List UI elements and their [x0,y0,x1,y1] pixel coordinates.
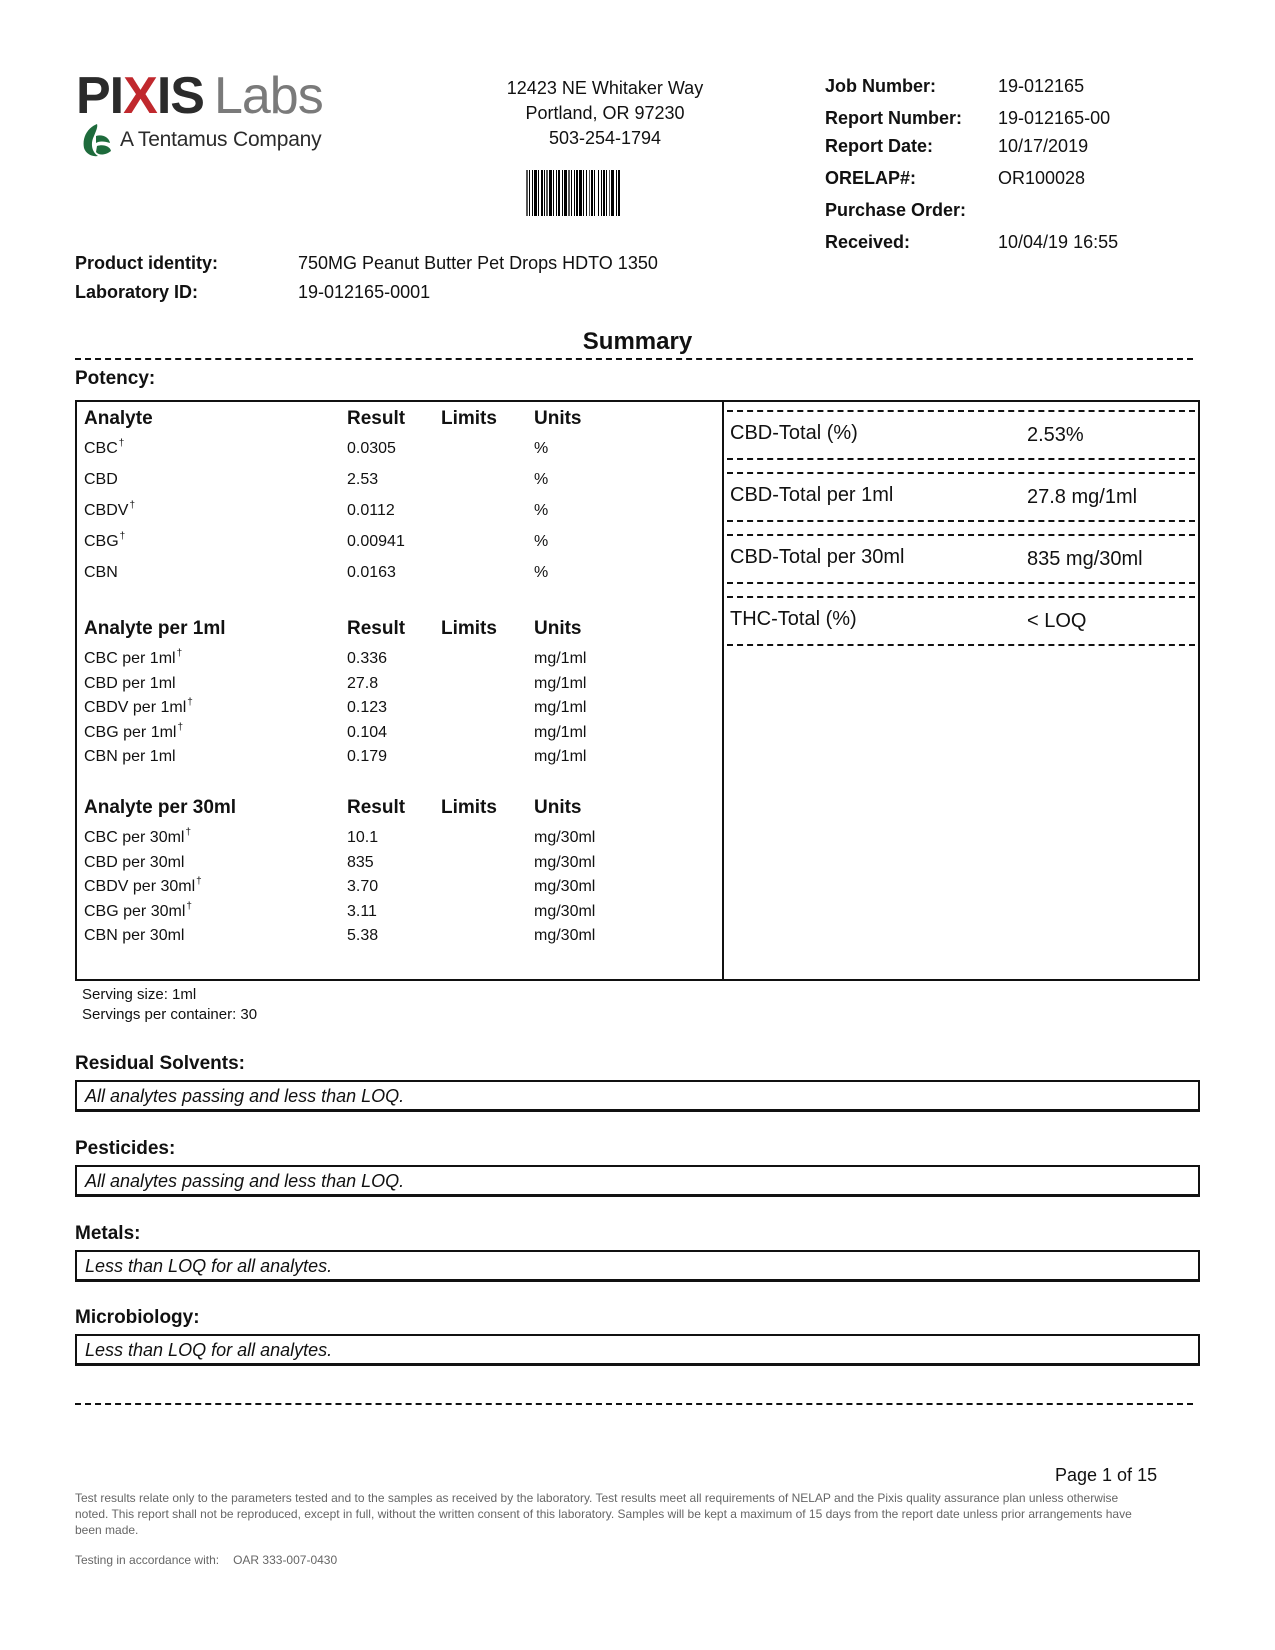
laboratory-id-label: Laboratory ID: [75,282,198,303]
potency-analyte-text: CBC [84,440,118,457]
job-info-label: Purchase Order: [825,200,966,221]
potency-cell-analyte: CBC per 1ml† [84,650,182,668]
potency-analyte-text: CBN per 30ml [84,927,184,944]
address-phone: 503-254-1794 [480,126,730,151]
residual-solvents-result-text: All analytes passing and less than LOQ. [85,1086,404,1107]
potency-units-text: mg/30ml [534,854,595,871]
dagger-mark: † [185,827,191,838]
potency-column-divider [722,400,724,981]
potency-cell-result: 0.0305 [347,440,396,458]
potency-cell-analyte: CBN per 30ml [84,927,184,945]
potency-cell-units: % [534,440,548,458]
job-info-value: 10/17/2019 [998,136,1088,157]
potency-cell-analyte: CBDV per 1ml† [84,699,193,717]
laboratory-id-value: 19-012165-0001 [298,282,430,303]
logo-tagline: A Tentamus Company [80,122,321,158]
summary-divider [75,358,1193,360]
potency-cell-analyte: CBN per 1ml [84,748,176,766]
tentamus-leaf-icon [80,122,114,158]
residual-solvents-title: Residual Solvents: [75,1053,245,1075]
potency-total-row: THC-Total (%)< LOQ [727,596,1195,646]
potency-result-text: 5.38 [347,927,378,944]
potency-cell-units: mg/1ml [534,675,586,693]
job-info-label: Received: [825,232,910,253]
potency-column-header: Units [534,797,582,819]
potency-result-text: 0.0163 [347,564,396,581]
potency-cell-units: % [534,502,548,520]
potency-cell-units: mg/30ml [534,903,595,921]
job-info-value: OR100028 [998,168,1085,189]
potency-total-row: CBD-Total per 30ml835 mg/30ml [727,534,1195,584]
page-number: Page 1 of 15 [1055,1465,1157,1486]
potency-cell-analyte: CBN [84,564,118,582]
potency-result-text: 0.104 [347,724,387,741]
potency-analyte-text: CBC per 30ml [84,829,184,846]
potency-total-row: CBD-Total per 1ml27.8 mg/1ml [727,472,1195,522]
disclaimer-text: Test results relate only to the paramete… [75,1490,1135,1538]
potency-units-text: mg/1ml [534,748,586,765]
potency-cell-units: mg/30ml [534,829,595,847]
accordance-label: Testing in accordance with: [75,1553,219,1567]
job-info-value: 19-012165-00 [998,108,1110,129]
potency-cell-result: 27.8 [347,675,378,693]
potency-cell-analyte: CBG per 1ml† [84,724,183,742]
total-value: < LOQ [1027,610,1086,633]
bottom-divider [75,1403,1193,1405]
accordance-value: OAR 333-007-0430 [233,1553,337,1567]
potency-result-text: 0.123 [347,699,387,716]
potency-analyte-text: CBG per 1ml [84,724,176,741]
dashed-divider [727,596,1195,598]
potency-cell-result: 0.179 [347,748,387,766]
testing-accordance: Testing in accordance with:OAR 333-007-0… [75,1553,337,1567]
potency-result-text: 0.00941 [347,533,405,550]
potency-total-row: CBD-Total (%)2.53% [727,410,1195,460]
dagger-mark: † [120,531,126,542]
job-info-label: ORELAP#: [825,168,916,189]
potency-cell-analyte: CBG† [84,533,125,551]
potency-cell-result: 0.123 [347,699,387,717]
potency-cell-units: mg/30ml [534,854,595,872]
potency-cell-analyte: CBD [84,471,118,489]
dashed-divider [727,534,1195,536]
potency-column-header: Result [347,797,405,819]
potency-units-text: % [534,502,548,519]
potency-cell-analyte: CBDV per 30ml† [84,878,202,896]
potency-analyte-text: CBG [84,533,119,550]
potency-cell-result: 0.104 [347,724,387,742]
total-value: 835 mg/30ml [1027,548,1143,571]
dagger-mark: † [129,500,135,511]
potency-cell-result: 0.336 [347,650,387,668]
potency-cell-units: mg/1ml [534,724,586,742]
dagger-mark: † [119,438,125,449]
potency-units-text: % [534,533,548,550]
potency-units-text: % [534,564,548,581]
potency-cell-units: % [534,564,548,582]
potency-column-header: Result [347,408,405,430]
potency-column-header: Units [534,408,582,430]
dashed-divider [727,644,1195,646]
job-info-value: 19-012165 [998,76,1084,97]
job-info-label: Report Date: [825,136,933,157]
potency-analyte-text: CBDV [84,502,128,519]
potency-column-header: Analyte per 1ml [84,618,226,640]
potency-analyte-text: CBN per 1ml [84,748,176,765]
potency-units-text: mg/1ml [534,675,586,692]
potency-cell-result: 0.00941 [347,533,405,551]
potency-units-text: % [534,471,548,488]
potency-cell-result: 3.11 [347,903,377,921]
serving-size: Serving size: 1ml [82,986,196,1003]
potency-column-header: Limits [441,618,497,640]
potency-column-header: Limits [441,797,497,819]
potency-units-text: mg/1ml [534,650,586,667]
lab-address: 12423 NE Whitaker Way Portland, OR 97230… [480,76,730,151]
dagger-mark: † [186,901,192,912]
microbiology-title: Microbiology: [75,1307,200,1329]
potency-units-text: % [534,440,548,457]
potency-cell-units: mg/1ml [534,748,586,766]
potency-result-text: 0.0305 [347,440,396,457]
dashed-divider [727,582,1195,584]
servings-per-container: Servings per container: 30 [82,1006,257,1023]
microbiology-result-text: Less than LOQ for all analytes. [85,1340,332,1361]
product-identity-label: Product identity: [75,253,218,274]
potency-cell-analyte: CBD per 1ml [84,675,176,693]
residual-solvents-result-box: All analytes passing and less than LOQ. [75,1080,1200,1112]
potency-units-text: mg/1ml [534,724,586,741]
potency-analyte-text: CBDV per 30ml [84,878,195,895]
dagger-mark: † [196,876,202,887]
barcode-icon [526,170,668,216]
address-city: Portland, OR 97230 [480,101,730,126]
summary-title: Summary [0,328,1275,356]
dagger-mark: † [177,722,183,733]
total-label: CBD-Total per 30ml [730,546,905,569]
pixis-labs-logo: PIXISLabs A Tentamus Company [76,70,376,165]
potency-cell-units: % [534,471,548,489]
potency-cell-units: % [534,533,548,551]
potency-cell-analyte: CBD per 30ml [84,854,184,872]
metals-result-box: Less than LOQ for all analytes. [75,1250,1200,1282]
potency-result-text: 3.70 [347,878,378,895]
dashed-divider [727,520,1195,522]
dagger-mark: † [177,648,183,659]
job-info-value: 10/04/19 16:55 [998,232,1118,253]
potency-column-header: Analyte [84,408,153,430]
dagger-mark: † [187,697,193,708]
potency-column-header: Limits [441,408,497,430]
potency-cell-analyte: CBC† [84,440,124,458]
total-label: CBD-Total (%) [730,422,858,445]
potency-cell-units: mg/30ml [534,878,595,896]
microbiology-result-box: Less than LOQ for all analytes. [75,1334,1200,1366]
logo-wordmark: PIXISLabs [76,70,323,122]
job-info-label: Job Number: [825,76,936,97]
pesticides-result-text: All analytes passing and less than LOQ. [85,1171,404,1192]
metals-result-text: Less than LOQ for all analytes. [85,1256,332,1277]
potency-analyte-text: CBN [84,564,118,581]
dashed-divider [727,458,1195,460]
potency-analyte-text: CBC per 1ml [84,650,176,667]
potency-units-text: mg/30ml [534,829,595,846]
potency-cell-units: mg/30ml [534,927,595,945]
potency-analyte-text: CBD per 30ml [84,854,184,871]
potency-result-text: 0.179 [347,748,387,765]
job-info-label: Report Number: [825,108,962,129]
potency-analyte-text: CBDV per 1ml [84,699,186,716]
dashed-divider [727,410,1195,412]
potency-column-header: Analyte per 30ml [84,797,236,819]
potency-units-text: mg/30ml [534,903,595,920]
potency-result-text: 835 [347,854,374,871]
potency-result-text: 2.53 [347,471,378,488]
potency-analyte-text: CBD per 1ml [84,675,176,692]
potency-column-header: Units [534,618,582,640]
potency-cell-result: 5.38 [347,927,378,945]
potency-result-text: 0.0112 [347,502,395,519]
potency-cell-result: 10.1 [347,829,378,847]
potency-cell-result: 835 [347,854,374,872]
total-label: CBD-Total per 1ml [730,484,893,507]
potency-column-header: Result [347,618,405,640]
potency-cell-units: mg/1ml [534,650,586,668]
dashed-divider [727,472,1195,474]
potency-cell-result: 0.0112 [347,502,395,520]
potency-result-text: 10.1 [347,829,378,846]
total-value: 27.8 mg/1ml [1027,486,1137,509]
product-identity-value: 750MG Peanut Butter Pet Drops HDTO 1350 [298,253,658,274]
potency-units-text: mg/1ml [534,699,586,716]
potency-cell-result: 0.0163 [347,564,396,582]
potency-units-text: mg/30ml [534,878,595,895]
potency-cell-units: mg/1ml [534,699,586,717]
total-value: 2.53% [1027,424,1084,447]
potency-cell-result: 3.70 [347,878,378,896]
pesticides-title: Pesticides: [75,1138,175,1160]
total-label: THC-Total (%) [730,608,857,631]
potency-cell-analyte: CBC per 30ml† [84,829,191,847]
metals-title: Metals: [75,1223,140,1245]
potency-result-text: 0.336 [347,650,387,667]
address-street: 12423 NE Whitaker Way [480,76,730,101]
potency-result-text: 27.8 [347,675,378,692]
potency-cell-result: 2.53 [347,471,378,489]
pesticides-result-box: All analytes passing and less than LOQ. [75,1165,1200,1197]
potency-result-text: 3.11 [347,903,377,920]
potency-analyte-text: CBG per 30ml [84,903,185,920]
potency-title: Potency: [75,368,155,390]
potency-cell-analyte: CBG per 30ml† [84,903,192,921]
potency-analyte-text: CBD [84,471,118,488]
potency-cell-analyte: CBDV† [84,502,135,520]
potency-units-text: mg/30ml [534,927,595,944]
